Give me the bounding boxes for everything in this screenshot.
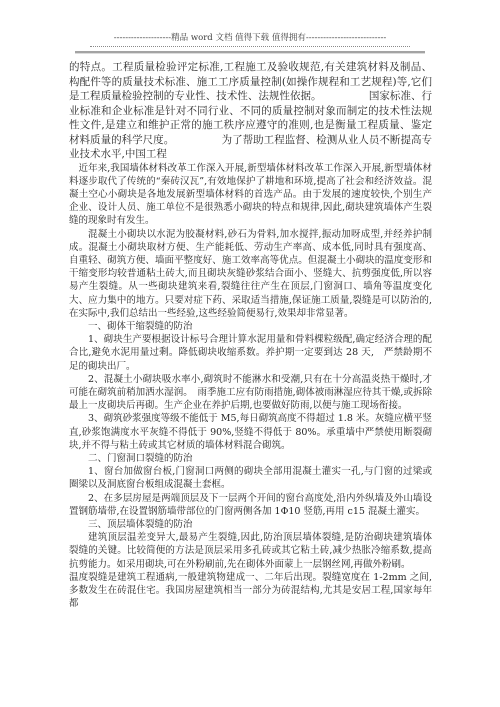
paragraph: 近年来,我国墙体材料改革工作深入开展,新型墙体材料改革工作深入开展,新型墙体材料… (69, 162, 432, 228)
document-page: --------------------精品 word 文档 值得下载 值得拥有… (0, 0, 500, 707)
section-heading-3: 三、顶层墙体裂缝的防治 (69, 518, 432, 531)
paragraph-item-2: 2、混凝土小砌块吸水率小,砌筑时不能淋水和受潮,只有在十分高温炎热干燥时,才可能… (69, 373, 432, 413)
paragraph: 混凝土小砌块以水泥为胶凝材料,砂石为骨料,加水搅拌,振动加呀成型,并经养护制成。… (69, 228, 432, 320)
paragraph-closing: 温度裂缝是建筑工程通病,一般建筑物建成一、二年后出现。裂缝宽度在 1-2mm 之… (69, 571, 432, 611)
paragraph-item-3: 3、砌筑砂浆强度等级不能低于 M5,每日砌筑高度不得超过 1.8 米。灰缝应横平… (69, 412, 432, 452)
section-heading-2: 二、门窗洞口裂缝的防治 (69, 452, 432, 465)
watermark-text: --------------------精品 word 文档 值得下载 值得拥有… (0, 33, 500, 44)
paragraph: 建筑顶层温差变异大,最易产生裂缝,因此,防治顶层墙体裂缝,是防治砌块建筑墙体裂缝… (69, 531, 432, 571)
paragraph-item-1: 1、窗台加做窗台板,门窗洞口两侧的砌块全部用混凝土灌实一孔,与门窗的过梁或圈梁以… (69, 465, 432, 491)
dotted-divider (90, 46, 410, 47)
paragraph-item-1: 1、砌块生产要根据设计标号合理计算水泥用量和骨料棵粒级配,确定经济合理的配合比,… (69, 333, 432, 373)
document-body: 的特点。工程质量检验评定标准,工程施工及验收规范,有关建筑材料及制品、构配件等的… (0, 54, 500, 610)
paragraph-item-2: 2、在多层房屋是两端顶层及下一层两个开间的窗台高度处,沿内外纵墙及外山墙设置钢筋… (69, 492, 432, 518)
section-heading-1: 一、砌体干缩裂缝的防治 (69, 320, 432, 333)
page-header: --------------------精品 word 文档 值得下载 值得拥有… (0, 0, 500, 54)
paragraph-intro: 的特点。工程质量检验评定标准,工程施工及验收规范,有关建筑材料及制品、构配件等的… (69, 60, 432, 162)
